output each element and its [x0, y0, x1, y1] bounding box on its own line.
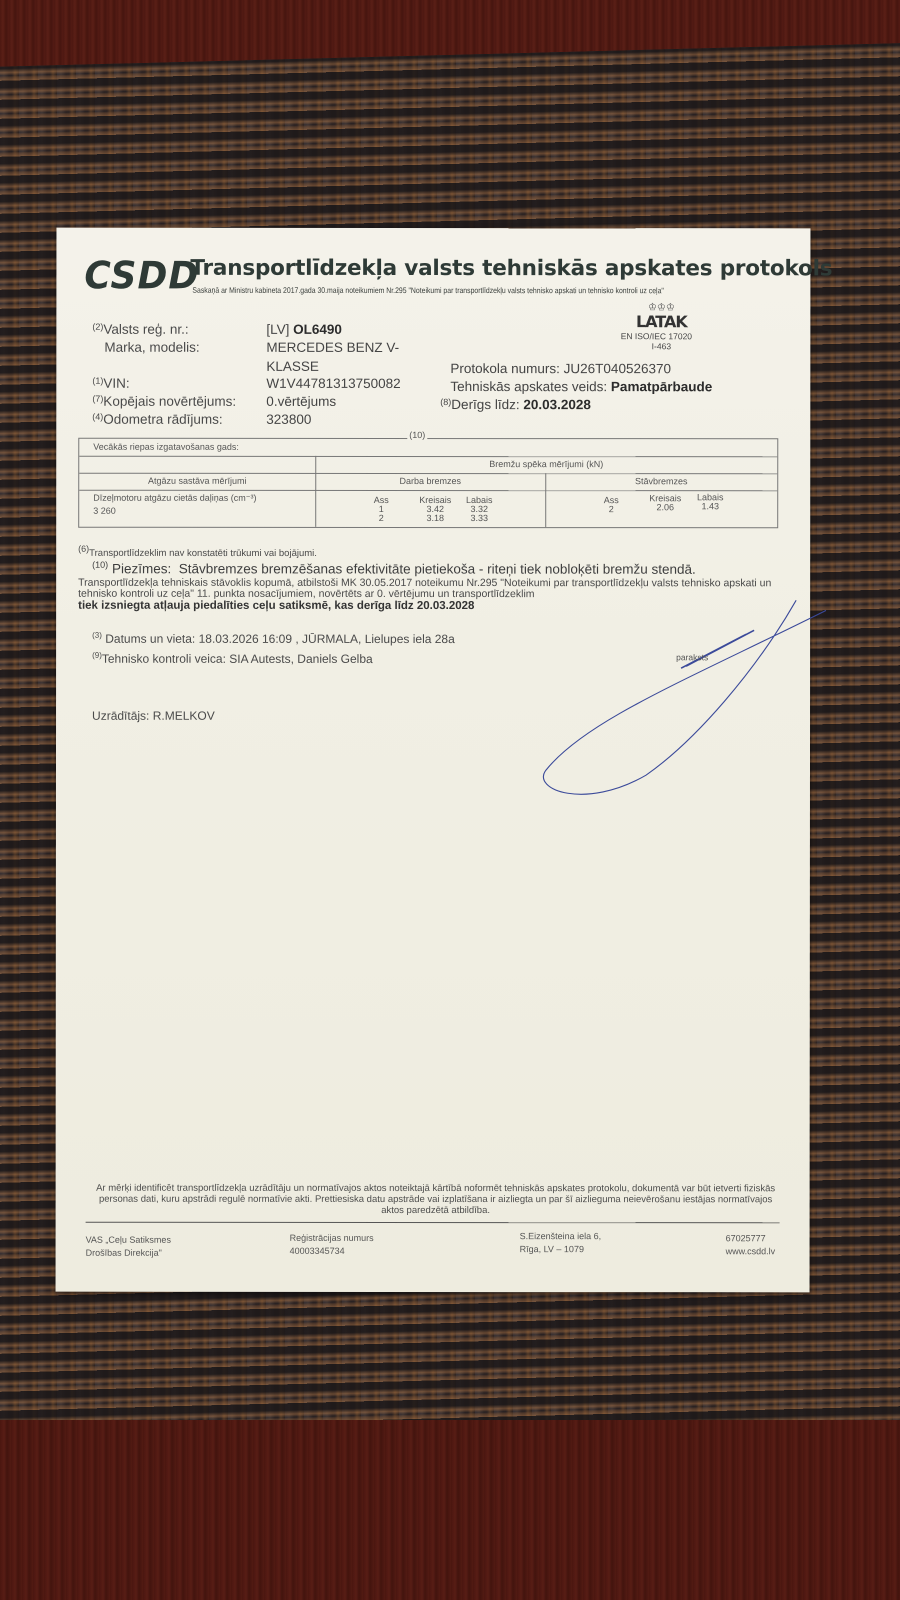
crown-icon: ♔♔♔	[626, 304, 696, 312]
inspection-protocol-document: CSDD Transportlīdzekļa valsts tehniskās …	[56, 228, 811, 1293]
overall-rating-value: 0.vērtējums	[266, 394, 336, 409]
document-title: Transportlīdzekļa valsts tehniskās apska…	[190, 256, 832, 282]
vin-value: W1V44781313750082	[266, 376, 400, 391]
notes: (10) Piezīmes: Stāvbremzes bremzēšanas e…	[92, 560, 696, 577]
parking-row-1-axle: 2	[599, 504, 623, 514]
brake-force-header: Bremžu spēka mērījumi (kN)	[315, 459, 777, 469]
reg-number-value: [LV] OL6490	[266, 322, 342, 337]
inspection-performed-by: (9)Tehnisko kontroli veica: SIA Autests,…	[92, 651, 373, 666]
defects-statement: (6)Transportlīdzeklim nav konstatēti trū…	[78, 544, 317, 559]
accreditation-standard: EN ISO/IEC 17020	[616, 331, 696, 341]
odometer-label: (4)Odometra rādījums:	[92, 412, 222, 427]
accreditation-id: I-463	[626, 341, 696, 351]
make-model-label: Marka, modelis:	[104, 340, 199, 355]
vehicle-presenter: Uzrādītājs: R.MELKOV	[92, 709, 215, 723]
footer-organization: VAS „Ceļu SatiksmesDrošības Direkcija"	[86, 1234, 171, 1260]
service-row-2-right: 3.33	[463, 513, 495, 523]
odometer-value: 323800	[266, 412, 311, 427]
latak-accreditation-logo: ♔♔♔ LATAK EN ISO/IEC 17020 I-463	[626, 304, 696, 351]
emissions-value: 3 260	[93, 506, 116, 516]
service-brakes-header: Darba bremzes	[315, 476, 545, 486]
parking-brakes-header: Stāvbremzes	[545, 476, 777, 486]
signature-label: paraksts	[676, 652, 708, 662]
privacy-notice: Ar mērķi identificēt transportlīdzekļa u…	[96, 1183, 776, 1217]
footer-registration: Reģistrācijas numurs40003345734	[290, 1232, 374, 1258]
make-model-value-line2: KLASSE	[266, 359, 319, 374]
document-subtitle: Saskaņā ar Ministru kabineta 2017.gada 3…	[192, 286, 663, 295]
footer-contacts: 67025777www.csdd.lv	[726, 1232, 776, 1258]
date-and-place: (3) Datums un vieta: 18.03.2026 16:09 , …	[92, 631, 455, 646]
service-row-2-left: 3.18	[415, 513, 455, 523]
wooden-table-bottom	[0, 1420, 900, 1600]
overall-rating-label: (7)Kopējais novērtējums:	[92, 394, 236, 409]
measurements-table: (10) Vecākās riepas izgatavošanas gads: …	[78, 438, 778, 529]
protocol-number: Protokola numurs: JU26T040526370	[450, 361, 671, 376]
inspection-type: Tehniskās apskates veids: Pamatpārbaude	[450, 379, 712, 394]
emissions-label: Dīzeļmotoru atgāzu cietās daļiņas (cm⁻³)	[93, 493, 256, 504]
oldest-tire-year: Vecākās riepas izgatavošanas gads:	[79, 439, 777, 458]
website-link: www.csdd.lv	[726, 1245, 776, 1258]
handwritten-signature	[526, 590, 826, 800]
footer-address: S.Eizenšteina iela 6,Rīga, LV – 1079	[520, 1230, 602, 1256]
vin-label: (1)VIN:	[92, 376, 129, 391]
parking-row-1-right: 1.43	[693, 501, 727, 511]
footer-divider	[86, 1222, 780, 1224]
parking-row-1-left: 2.06	[645, 502, 685, 512]
valid-until: (8)Derīgs līdz: 20.03.2028	[440, 397, 591, 412]
reg-number-label: (2)Valsts reģ. nr.:	[92, 322, 188, 337]
csdd-logo: CSDD	[84, 255, 199, 298]
emissions-header: Atgāzu sastāva mērījumi	[79, 476, 315, 486]
make-model-value-line1: MERCEDES BENZ V-	[266, 340, 399, 355]
service-row-2-axle: 2	[369, 513, 393, 523]
